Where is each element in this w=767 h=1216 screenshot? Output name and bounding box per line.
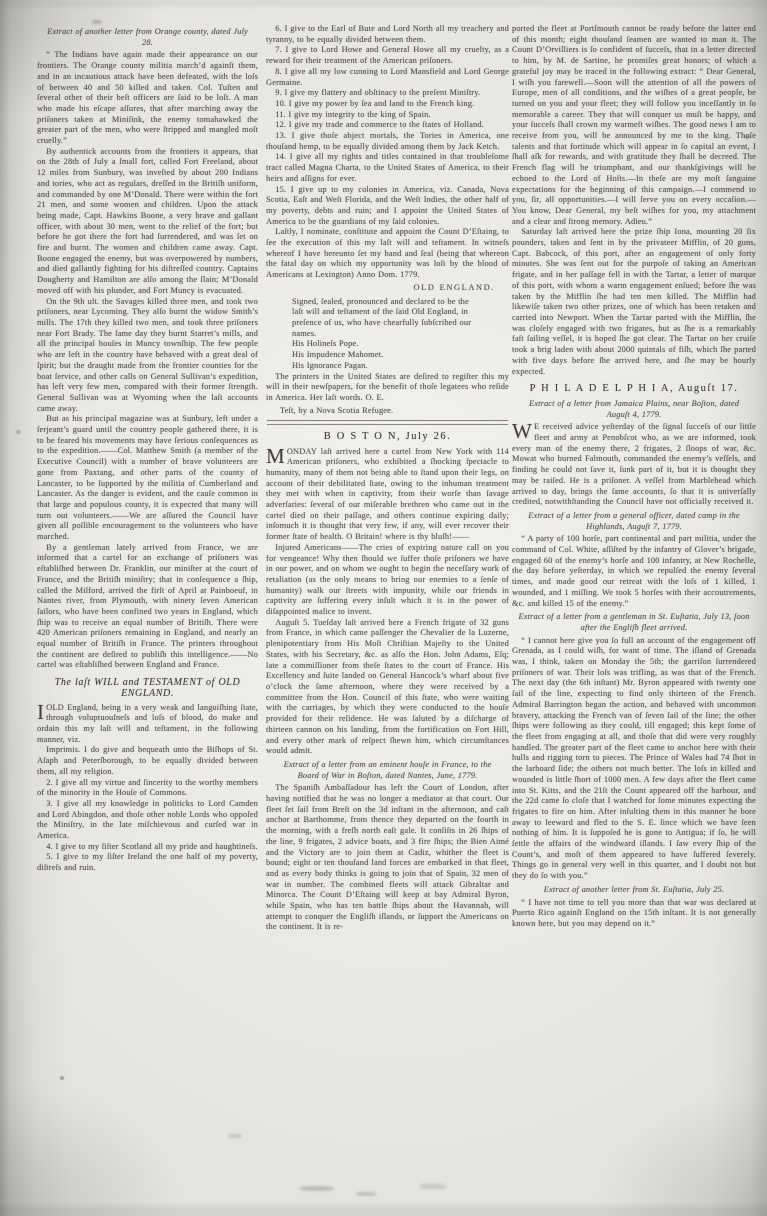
paragraph: Laſtly, I nominate, conſtitute and appoi… (266, 227, 509, 281)
paragraph: But as his principal magazine was at Sun… (37, 414, 258, 542)
paragraph: The printers in the United States are de… (266, 372, 509, 404)
letter-extract-heading: Extract of another letter from Orange co… (43, 27, 252, 48)
paragraph: I OLD England, being in a very weak and … (37, 703, 258, 746)
paragraph: His Holineſs Pope. (292, 339, 509, 350)
paragraph: “ I have not time to tell you more than … (512, 898, 756, 930)
section-heading: P H I L A D E L P H I A, Auguſt 17. (512, 384, 756, 395)
paragraph: Injured Americans——The cries of expiring… (266, 543, 509, 618)
paragraph: Teſt, by a Nova Scotia Refugee. (280, 406, 509, 417)
paragraph: “ The Indians have again made their appe… (37, 50, 258, 146)
paragraph: ported the fleet at Portſmouth cannot be… (512, 24, 756, 227)
paragraph: 7. I give to Lord Howe and General Howe … (266, 45, 509, 66)
paragraph: Signed, ſealed, pronounced and declared … (292, 297, 479, 340)
drop-capital: W (512, 422, 534, 440)
paragraph: 11. I give my integrity to the king of S… (266, 110, 509, 121)
letter-extract-heading: Extract of a letter from Jamaica Plains,… (518, 399, 750, 420)
letter-extract-heading: Extract of a letter from an eminent houſ… (272, 760, 503, 781)
paragraph: The Spaniſh Ambaſſadour has left the Cou… (266, 783, 509, 933)
paragraph: 4. I give to my ſiſter Scotland all my p… (37, 842, 258, 853)
letter-extract-heading: Extract of a letter from a general offic… (518, 511, 750, 532)
paragraph: 14. I give all my rights and titles cont… (266, 152, 509, 184)
paragraph: 3. I give all my knowledge in politicks … (37, 799, 258, 842)
drop-capital: M (266, 447, 287, 465)
paragraph: 8. I give all my low cunning to Lord Man… (266, 67, 509, 88)
paragraph: By authentick accounts from the frontier… (37, 147, 258, 297)
column-center: 6. I give to the Earl of Bute and Lord N… (266, 24, 509, 1184)
column-right: ported the fleet at Portſmouth cannot be… (512, 24, 756, 1184)
paragraph: 2. I give all my virtue and ſincerity to… (37, 778, 258, 799)
paragraph: 6. I give to the Earl of Bute and Lord N… (266, 24, 509, 45)
paragraph: 12. I give my trade and commerce to the … (266, 120, 509, 131)
column-divider-rule (267, 420, 508, 425)
paragraph: His Impudence Mahomet. (292, 350, 509, 361)
ink-speck (16, 430, 21, 434)
ink-smudge (300, 1186, 334, 1191)
paragraph: Saturday laſt arrived here the prize ſhi… (512, 227, 756, 377)
ink-smudge (356, 1192, 376, 1196)
paragraph: Imprimis. I do give and bequeath unto th… (37, 745, 258, 777)
paragraph: WE received advice yeſterday of the ſign… (512, 422, 756, 508)
paragraph: 5. I give to my ſiſter Ireland the one h… (37, 852, 258, 873)
letter-extract-heading: Extract of a letter from a gentleman in … (518, 612, 750, 633)
section-heading: The laſt WILL and TESTAMENT of OLD ENGLA… (37, 678, 258, 699)
paragraph: “ A party of 100 horſe, part continental… (512, 534, 756, 609)
letter-extract-heading: Extract of another letter from St. Euſta… (518, 885, 750, 896)
paragraph: OLD ENGLAND. (266, 283, 495, 294)
paragraph: Auguſt 5. Tueſday laſt arrived here a Fr… (266, 618, 509, 757)
newspaper-page: Extract of another letter from Orange co… (0, 0, 767, 1216)
paragraph: “ I cannot here give you ſo full an acco… (512, 636, 756, 882)
paragraph: MONDAY laſt arrived here a cartel from N… (266, 447, 509, 543)
paragraph: By a gentleman lately arrived from Franc… (37, 543, 258, 671)
paragraph: 15. I give up to my colonies in America,… (266, 185, 509, 228)
ink-smudge (420, 1184, 446, 1189)
paragraph: 13. I give thoſe abject mortals, the Tor… (266, 131, 509, 152)
paragraph: On the 9th ult. the Savages killed three… (37, 297, 258, 415)
column-left: Extract of another letter from Orange co… (37, 24, 258, 1184)
drop-capital: I (37, 703, 46, 721)
paragraph: 9. I give my flattery and obſtinacy to t… (266, 88, 509, 99)
paragraph: His Ignorance Pagan. (292, 361, 509, 372)
section-heading: B O S T O N, July 26. (266, 432, 509, 443)
paragraph: 10. I give my power by ſea and land to t… (266, 99, 509, 110)
